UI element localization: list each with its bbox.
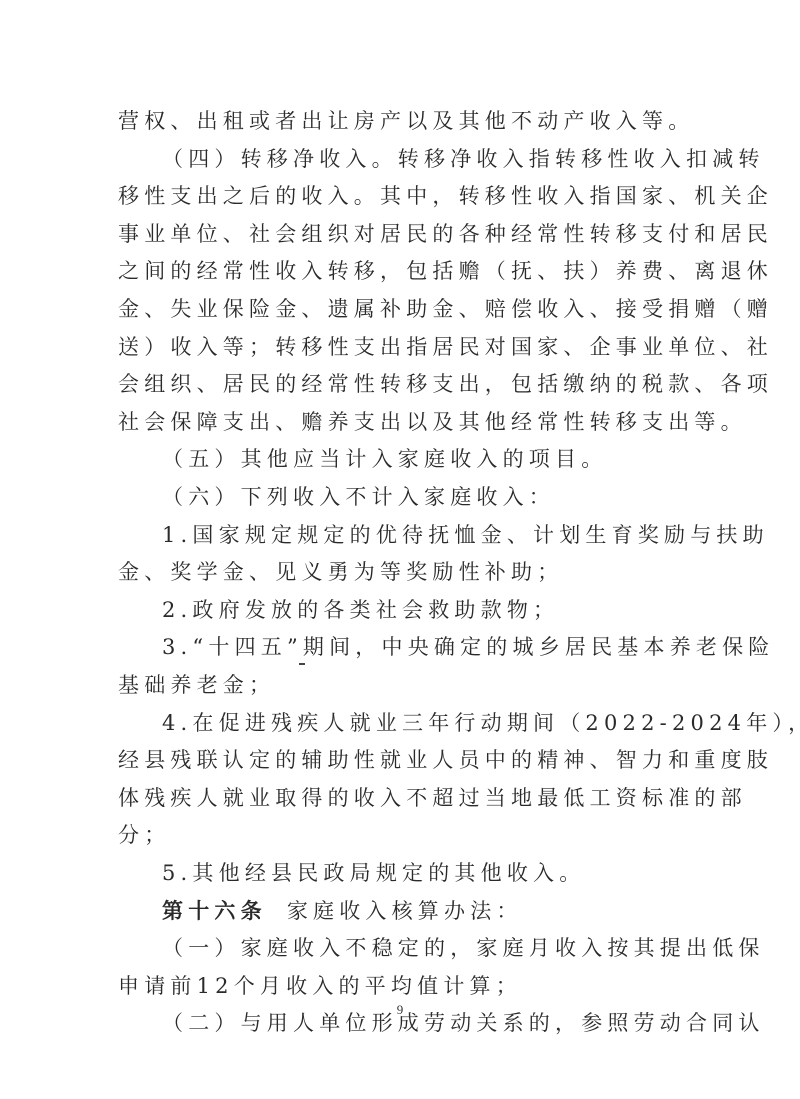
list-item-1: 1.国家规定规定的优待抚恤金、计划生育奖励与扶助 bbox=[118, 517, 670, 555]
text-line: 社会保障支出、赡养支出以及其他经常性转移支出等。 bbox=[118, 404, 670, 442]
page-number: 9 bbox=[0, 1002, 800, 1018]
list-item-4: 4.在促进残疾人就业三年行动期间（2022-2024年）， bbox=[118, 705, 670, 743]
text-line: 金、奖学金、见义勇为等奖励性补助； bbox=[118, 554, 670, 592]
text-line: 体残疾人就业取得的收入不超过当地最低工资标准的部 bbox=[118, 780, 670, 818]
text-line: 分； bbox=[118, 817, 670, 855]
text-line: 事业单位、社会组织对居民的各种经常性转移支付和居民 bbox=[118, 216, 670, 254]
section-six-item: （六）下列收入不计入家庭收入： bbox=[118, 479, 670, 517]
text-line: 会组织、居民的经常性转移支出，包括缴纳的税款、各项 bbox=[118, 366, 670, 404]
text-line: 金、失业保险金、遗属补助金、赔偿收入、接受捐赠（赠 bbox=[118, 291, 670, 329]
text-line: 送）收入等；转移性支出指居民对国家、企事业单位、社 bbox=[118, 329, 670, 367]
article-sixteen-heading: 第十六条家庭收入核算办法： bbox=[118, 892, 670, 930]
text-line: 之间的经常性收入转移，包括赡（抚、扶）养费、离退休 bbox=[118, 253, 670, 291]
article-number: 第十六条 bbox=[162, 898, 267, 923]
text-line: 申请前12个月收入的平均值计算； bbox=[118, 968, 670, 1006]
list-item-2: 2.政府发放的各类社会救助款物； bbox=[118, 592, 670, 630]
article-item-1: （一）家庭收入不稳定的，家庭月收入按其提出低保 bbox=[118, 930, 670, 968]
text-line: 营权、出租或者出让房产以及其他不动产收入等。 bbox=[118, 103, 670, 141]
text-line: 移性支出之后的收入。其中，转移性收入指国家、机关企 bbox=[118, 178, 670, 216]
list-item-5: 5.其他经县民政局规定的其他收入。 bbox=[118, 855, 670, 893]
text-line: 基础养老金； bbox=[118, 667, 670, 705]
section-four-heading: （四）转移净收入。转移净收入指转移性收入扣减转 bbox=[118, 141, 670, 179]
scan-artifact bbox=[299, 663, 305, 665]
section-five-item: （五）其他应当计入家庭收入的项目。 bbox=[118, 441, 670, 479]
list-item-3: 3.“十四五”期间，中央确定的城乡居民基本养老保险 bbox=[118, 629, 670, 667]
document-page: 营权、出租或者出让房产以及其他不动产收入等。 （四）转移净收入。转移净收入指转移… bbox=[118, 103, 670, 1043]
text-line: 经县残联认定的辅助性就业人员中的精神、智力和重度肢 bbox=[118, 742, 670, 780]
article-title: 家庭收入核算办法： bbox=[287, 899, 523, 923]
